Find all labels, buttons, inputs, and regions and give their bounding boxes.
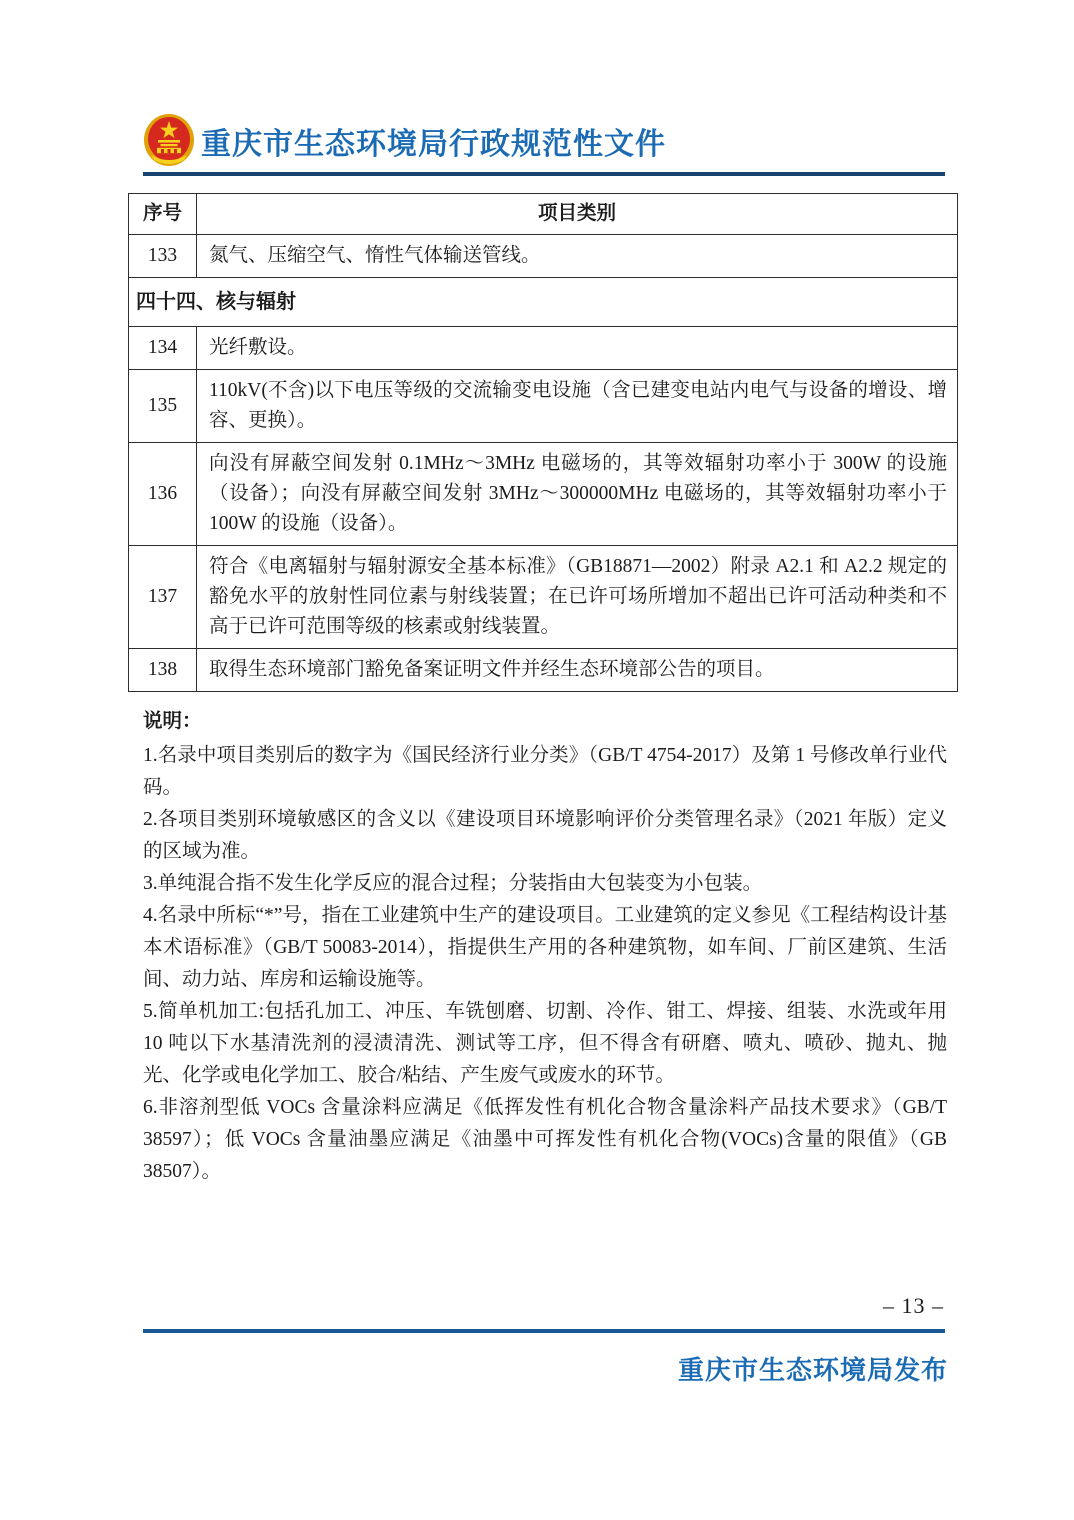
header-rule (143, 172, 945, 176)
row-serial: 133 (129, 235, 197, 278)
table-row: 135 110kV(不含)以下电压等级的交流输变电设施（含已建变电站内电气与设备… (129, 370, 958, 443)
row-serial: 135 (129, 370, 197, 443)
note-item-2: 2.各项目类别环境敏感区的含义以《建设项目环境影响评价分类管理名录》（2021 … (143, 804, 947, 868)
column-header-serial: 序号 (129, 194, 197, 235)
table-row: 134 光纤敷设。 (129, 327, 958, 370)
row-serial: 136 (129, 443, 197, 546)
note-item-3: 3.单纯混合指不发生化学反应的混合过程；分装指由大包装变为小包装。 (143, 868, 947, 900)
table-row: 138 取得生态环境部门豁免备案证明文件并经生态环境部公告的项目。 (129, 649, 958, 692)
row-category: 向没有屏蔽空间发射 0.1MHz～3MHz 电磁场的，其等效辐射功率小于 300… (197, 443, 958, 546)
row-serial: 137 (129, 546, 197, 649)
row-serial: 134 (129, 327, 197, 370)
document-header: 重庆市生态环境局行政规范性文件 (143, 112, 945, 176)
table-row: 133 氮气、压缩空气、惰性气体输送管线。 (129, 235, 958, 278)
row-category: 110kV(不含)以下电压等级的交流输变电设施（含已建变电站内电气与设备的增设、… (197, 370, 958, 443)
table-header-row: 序号 项目类别 (129, 194, 958, 235)
section-title: 四十四、核与辐射 (129, 278, 958, 327)
national-emblem-icon (143, 113, 195, 169)
notes-heading: 说明： (143, 706, 947, 738)
note-item-4: 4.名录中所标“*”号，指在工业建筑中生产的建设项目。工业建筑的定义参见《工程结… (143, 900, 947, 996)
project-category-table: 序号 项目类别 133 氮气、压缩空气、惰性气体输送管线。 四十四、核与辐射 1… (128, 193, 958, 692)
row-category: 氮气、压缩空气、惰性气体输送管线。 (197, 235, 958, 278)
page-title: 重庆市生态环境局行政规范性文件 (201, 119, 666, 163)
note-item-5: 5.简单机加工:包括孔加工、冲压、车铣刨磨、切割、冷作、钳工、焊接、组装、水洗或… (143, 996, 947, 1092)
table-row: 137 符合《电离辐射与辐射源安全基本标准》（GB18871—2002）附录 A… (129, 546, 958, 649)
section-row: 四十四、核与辐射 (129, 278, 958, 327)
column-header-category: 项目类别 (197, 194, 958, 235)
row-category: 符合《电离辐射与辐射源安全基本标准》（GB18871—2002）附录 A2.1 … (197, 546, 958, 649)
publisher-label: 重庆市生态环境局发布 (678, 1350, 948, 1387)
notes-section: 说明： 1.名录中项目类别后的数字为《国民经济行业分类》（GB/T 4754-2… (143, 706, 947, 1188)
row-category: 取得生态环境部门豁免备案证明文件并经生态环境部公告的项目。 (197, 649, 958, 692)
document-page: 重庆市生态环境局行政规范性文件 序号 项目类别 133 氮气、压缩空气、惰性气体… (0, 0, 1074, 1520)
row-category: 光纤敷设。 (197, 327, 958, 370)
table-row: 136 向没有屏蔽空间发射 0.1MHz～3MHz 电磁场的，其等效辐射功率小于… (129, 443, 958, 546)
footer-rule (143, 1329, 945, 1333)
note-item-6: 6.非溶剂型低 VOCs 含量涂料应满足《低挥发性有机化合物含量涂料产品技术要求… (143, 1092, 947, 1188)
note-item-1: 1.名录中项目类别后的数字为《国民经济行业分类》（GB/T 4754-2017）… (143, 740, 947, 804)
page-number: – 13 – (883, 1293, 944, 1319)
row-serial: 138 (129, 649, 197, 692)
